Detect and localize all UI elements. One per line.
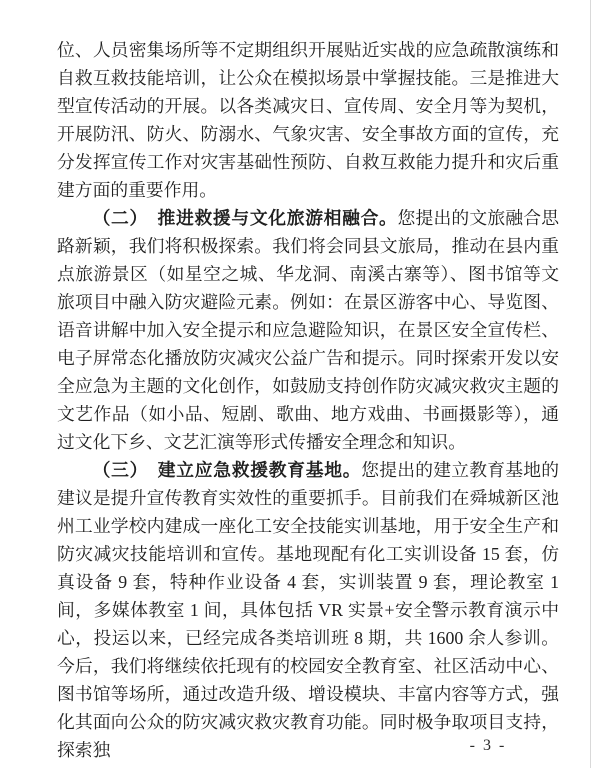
- paragraph-text: 位、人员密集场所等不定期组织开展贴近实战的应急疏散演练和自救互救技能培训，让公众…: [57, 40, 559, 200]
- document-body: 位、人员密集场所等不定期组织开展贴近实战的应急疏散演练和自救互救技能培训，让公众…: [57, 36, 559, 764]
- paragraph-section-3: （三） 建立应急救援教育基地。您提出的建立教育基地的建议是提升宣传教育实效性的重…: [57, 456, 559, 764]
- section-3-heading: （三） 建立应急救援教育基地。: [93, 460, 362, 480]
- page-number: - 3 -: [458, 737, 518, 755]
- paragraph-section-2: （二） 推进救援与文化旅游相融合。您提出的文旅融合思路新颖，我们将积极探索。我们…: [57, 204, 559, 456]
- section-2-heading: （二） 推进救援与文化旅游相融合。: [93, 208, 398, 228]
- scan-edge-line: [590, 0, 591, 768]
- paragraph-continuation: 位、人员密集场所等不定期组织开展贴近实战的应急疏散演练和自救互救技能培训，让公众…: [57, 36, 559, 204]
- paragraph-text: 您提出的建立教育基地的建议是提升宣传教育实效性的重要抓手。目前我们在舜城新区池州…: [57, 460, 559, 760]
- paragraph-text: 您提出的文旅融合思路新颖，我们将积极探索。我们将会同县文旅局，推动在县内重点旅游…: [57, 208, 559, 452]
- document-page: 位、人员密集场所等不定期组织开展贴近实战的应急疏散演练和自救互救技能培训，让公众…: [0, 0, 596, 768]
